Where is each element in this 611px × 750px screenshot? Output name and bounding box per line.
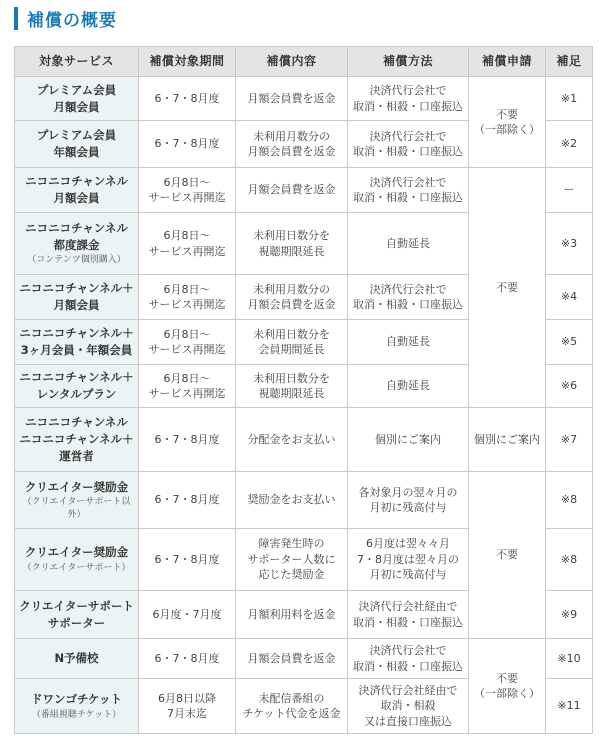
- page-title: 補償の概要: [27, 6, 117, 31]
- service-name: ニコニコチャンネル＋ 月額会員: [18, 280, 135, 313]
- page: 補償の概要 対象サービス補償対象期間補償内容補償方法補償申請補足 プレミアム会員…: [0, 0, 611, 750]
- method-cell: 決済代行会社で 取消・相殺・口座振込: [348, 639, 469, 679]
- note-cell: ※11: [546, 679, 593, 734]
- content-cell: 月額会員費を返金: [236, 639, 348, 679]
- period-cell: 6月8日～ サービス再開迄: [139, 213, 236, 275]
- service-name: ニコニコチャンネル ニコニコチャンネル＋ 運営者: [18, 414, 135, 464]
- note-cell: ※9: [546, 591, 593, 639]
- note-cell: ※7: [546, 408, 593, 472]
- note-cell: ※10: [546, 639, 593, 679]
- application-cell: 不要 （一部除く）: [469, 77, 546, 168]
- section-title: 補償の概要: [14, 6, 611, 31]
- service-name: クリエイターサポート サポーター: [18, 598, 135, 631]
- service-subnote: （クリエイターサポート）: [18, 562, 135, 575]
- content-cell: 月額利用料を返金: [236, 591, 348, 639]
- service-cell: ニコニコチャンネル＋ 3ヶ月会員・年額会員: [15, 320, 139, 365]
- period-cell: 6・7・8月度: [139, 472, 236, 529]
- column-header: 補償対象期間: [139, 47, 236, 77]
- content-cell: 障害発生時の サポーター人数に 応じた奨励金: [236, 529, 348, 591]
- header-row: 対象サービス補償対象期間補償内容補償方法補償申請補足: [15, 47, 593, 77]
- service-name: ニコニコチャンネル＋ レンタルプラン: [18, 369, 135, 402]
- note-cell: ※3: [546, 213, 593, 275]
- service-cell: クリエイターサポート サポーター: [15, 591, 139, 639]
- service-cell: クリエイター奨励金（クリエイターサポート以外）: [15, 472, 139, 529]
- table-row: プレミアム会員 月額会員6・7・8月度月額会員費を返金決済代行会社で 取消・相殺…: [15, 77, 593, 121]
- service-cell: クリエイター奨励金（クリエイターサポート）: [15, 529, 139, 591]
- service-cell: ニコニコチャンネル 都度課金（コンテンツ個別購入）: [15, 213, 139, 275]
- column-header: 対象サービス: [15, 47, 139, 77]
- content-cell: 未利用日数分を 視聴期限延長: [236, 213, 348, 275]
- note-cell: ※5: [546, 320, 593, 365]
- table-row: ニコニコチャンネル 月額会員6月8日～ サービス再開迄月額会員費を返金決済代行会…: [15, 168, 593, 213]
- service-name: クリエイター奨励金: [18, 479, 135, 496]
- content-cell: 月額会員費を返金: [236, 77, 348, 121]
- service-name: N予備校: [18, 650, 135, 667]
- content-cell: 未利用日数分を 会員期間延長: [236, 320, 348, 365]
- method-cell: 個別にご案内: [348, 408, 469, 472]
- period-cell: 6月度・7月度: [139, 591, 236, 639]
- service-name: ニコニコチャンネル 都度課金: [18, 220, 135, 253]
- method-cell: 決済代行会社で 取消・相殺・口座振込: [348, 121, 469, 168]
- method-cell: 自動延長: [348, 365, 469, 408]
- column-header: 補償申請: [469, 47, 546, 77]
- service-subnote: （コンテンツ個別購入）: [18, 254, 135, 267]
- period-cell: 6・7・8月度: [139, 639, 236, 679]
- method-cell: 6月度は翌々々月 7・8月度は翌々月の 月初に残高付与: [348, 529, 469, 591]
- table-body: プレミアム会員 月額会員6・7・8月度月額会員費を返金決済代行会社で 取消・相殺…: [15, 77, 593, 734]
- note-cell: ※8: [546, 529, 593, 591]
- service-cell: プレミアム会員 月額会員: [15, 77, 139, 121]
- content-cell: 月額会員費を返金: [236, 168, 348, 213]
- period-cell: 6月8日以降 7月末迄: [139, 679, 236, 734]
- content-cell: 未利用月数分の 月額会員費を返金: [236, 121, 348, 168]
- service-name: クリエイター奨励金: [18, 544, 135, 561]
- service-name: ニコニコチャンネル 月額会員: [18, 173, 135, 206]
- note-cell: ※4: [546, 275, 593, 320]
- service-subnote: （番組視聴チケット）: [18, 709, 135, 722]
- method-cell: 自動延長: [348, 320, 469, 365]
- period-cell: 6・7・8月度: [139, 408, 236, 472]
- content-cell: 奨励金をお支払い: [236, 472, 348, 529]
- column-header: 補償内容: [236, 47, 348, 77]
- period-cell: 6・7・8月度: [139, 77, 236, 121]
- service-name: プレミアム会員 年額会員: [18, 127, 135, 160]
- service-name: ニコニコチャンネル＋ 3ヶ月会員・年額会員: [18, 325, 135, 358]
- note-cell: ※8: [546, 472, 593, 529]
- application-cell: 個別にご案内: [469, 408, 546, 472]
- note-cell: ー: [546, 168, 593, 213]
- service-cell: ニコニコチャンネル 月額会員: [15, 168, 139, 213]
- note-cell: ※6: [546, 365, 593, 408]
- service-cell: ドワンゴチケット（番組視聴チケット）: [15, 679, 139, 734]
- service-cell: ニコニコチャンネル＋ レンタルプラン: [15, 365, 139, 408]
- column-header: 補償方法: [348, 47, 469, 77]
- service-subnote: （クリエイターサポート以外）: [18, 496, 135, 521]
- content-cell: 未利用日数分を 視聴期限延長: [236, 365, 348, 408]
- application-cell: 不要: [469, 168, 546, 408]
- period-cell: 6月8日～ サービス再開迄: [139, 275, 236, 320]
- period-cell: 6月8日～ サービス再開迄: [139, 168, 236, 213]
- method-cell: 決済代行会社経由で 取消・相殺 又は直接口座振込: [348, 679, 469, 734]
- method-cell: 各対象月の翌々月の 月初に残高付与: [348, 472, 469, 529]
- period-cell: 6・7・8月度: [139, 529, 236, 591]
- method-cell: 決済代行会社で 取消・相殺・口座振込: [348, 168, 469, 213]
- table-row: ニコニコチャンネル ニコニコチャンネル＋ 運営者6・7・8月度分配金をお支払い個…: [15, 408, 593, 472]
- method-cell: 自動延長: [348, 213, 469, 275]
- period-cell: 6・7・8月度: [139, 121, 236, 168]
- method-cell: 決済代行会社で 取消・相殺・口座振込: [348, 275, 469, 320]
- application-cell: 不要 （一部除く）: [469, 639, 546, 734]
- note-cell: ※1: [546, 77, 593, 121]
- title-accent-bar: [14, 7, 18, 30]
- table-row: クリエイター奨励金（クリエイターサポート以外）6・7・8月度奨励金をお支払い各対…: [15, 472, 593, 529]
- service-cell: ニコニコチャンネル＋ 月額会員: [15, 275, 139, 320]
- content-cell: 未配信番組の チケット代金を返金: [236, 679, 348, 734]
- method-cell: 決済代行会社で 取消・相殺・口座振込: [348, 77, 469, 121]
- service-name: プレミアム会員 月額会員: [18, 82, 135, 115]
- application-cell: 不要: [469, 472, 546, 639]
- service-cell: N予備校: [15, 639, 139, 679]
- compensation-table: 対象サービス補償対象期間補償内容補償方法補償申請補足 プレミアム会員 月額会員6…: [14, 46, 593, 734]
- period-cell: 6月8日～ サービス再開迄: [139, 365, 236, 408]
- content-cell: 未利用月数分の 月額会員費を返金: [236, 275, 348, 320]
- column-header: 補足: [546, 47, 593, 77]
- table-row: N予備校6・7・8月度月額会員費を返金決済代行会社で 取消・相殺・口座振込不要 …: [15, 639, 593, 679]
- service-cell: プレミアム会員 年額会員: [15, 121, 139, 168]
- note-cell: ※2: [546, 121, 593, 168]
- method-cell: 決済代行会社経由で 取消・相殺・口座振込: [348, 591, 469, 639]
- service-cell: ニコニコチャンネル ニコニコチャンネル＋ 運営者: [15, 408, 139, 472]
- service-name: ドワンゴチケット: [18, 691, 135, 708]
- period-cell: 6月8日～ サービス再開迄: [139, 320, 236, 365]
- content-cell: 分配金をお支払い: [236, 408, 348, 472]
